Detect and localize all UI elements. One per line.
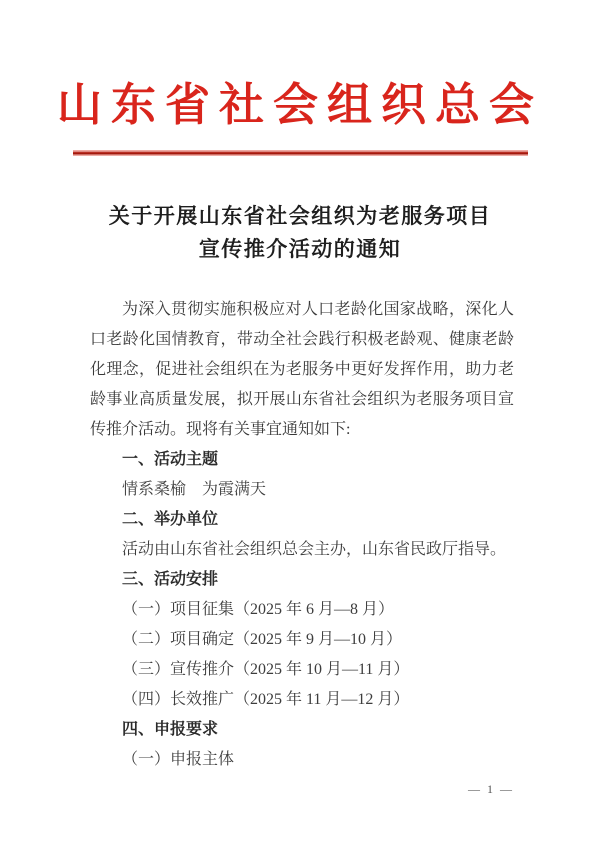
page-number: — 1 — <box>468 782 514 797</box>
document-page: 山东省社会组织总会 关于开展山东省社会组织为老服务项目 宣传推介活动的通知 为深… <box>0 0 600 848</box>
letterhead-org-name: 山东省社会组织总会 <box>0 78 600 132</box>
section-heading-schedule: 三、活动安排 <box>90 565 514 595</box>
section-item-organizer: 活动由山东省社会组织总会主办，山东省民政厅指导。 <box>90 535 514 565</box>
intro-paragraph: 为深入贯彻实施积极应对人口老龄化国家战略，深化人口老龄化国情教育，带动全社会践行… <box>90 295 514 445</box>
section-item-schedule-3: （三）宣传推介（2025 年 10 月—11 月） <box>90 655 514 685</box>
section-item-schedule-4: （四）长效推广（2025 年 11 月—12 月） <box>90 685 514 715</box>
section-item-schedule-1: （一）项目征集（2025 年 6 月—8 月） <box>90 595 514 625</box>
document-title-line-1: 关于开展山东省社会组织为老服务项目 <box>40 200 560 233</box>
section-item-application-subject: （一）申报主体 <box>90 745 514 775</box>
document-title: 关于开展山东省社会组织为老服务项目 宣传推介活动的通知 <box>40 200 560 266</box>
section-item-schedule-2: （二）项目确定（2025 年 9 月—10 月） <box>90 625 514 655</box>
section-item-theme-slogan: 情系桑榆 为霞满天 <box>90 475 514 505</box>
letterhead-divider <box>73 150 528 156</box>
document-title-line-2: 宣传推介活动的通知 <box>40 233 560 266</box>
document-body: 为深入贯彻实施积极应对人口老龄化国家战略，深化人口老龄化国情教育，带动全社会践行… <box>90 295 514 775</box>
section-heading-organizer: 二、举办单位 <box>90 505 514 535</box>
section-heading-application-requirements: 四、申报要求 <box>90 715 514 745</box>
section-heading-activity-theme: 一、活动主题 <box>90 445 514 475</box>
